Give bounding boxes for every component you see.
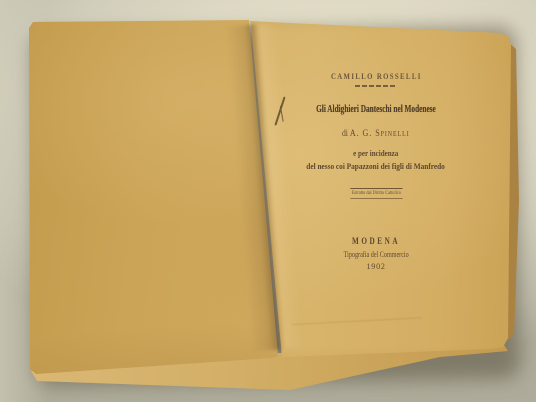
heading-author-text: CAMILLO ROSSELLI	[331, 73, 422, 81]
title-page-text: CAMILLO ROSSELLI Gli Aldighieri Dantesch…	[276, 0, 476, 402]
imprint-year: 1902	[276, 262, 476, 271]
heading-author: CAMILLO ROSSELLI	[276, 73, 476, 81]
subtitle-line-2: del nesso coi Papazzoni dei figli di Man…	[276, 162, 476, 171]
byline-prefix: di	[342, 128, 348, 138]
extract-note-text: Estratto dal Diritto Cattolico	[350, 188, 402, 199]
ornament-rule	[355, 85, 397, 87]
book-photograph: CAMILLO ROSSELLI Gli Aldighieri Dantesch…	[0, 0, 536, 402]
extract-note: Estratto dal Diritto Cattolico	[276, 188, 476, 199]
byline: di A. G. Spinelli	[276, 129, 476, 140]
subtitle-line-1: e per incidenza	[276, 150, 476, 158]
book-title: Gli Aldighieri Danteschi nel Modenese	[276, 105, 476, 115]
imprint-place: MODENA	[276, 237, 476, 246]
imprint-printer: Tipografia del Commercio	[276, 250, 476, 259]
byline-name: A. G. Spinelli	[350, 129, 410, 139]
book-title-text: Gli Aldighieri Danteschi nel Modenese	[316, 105, 436, 115]
